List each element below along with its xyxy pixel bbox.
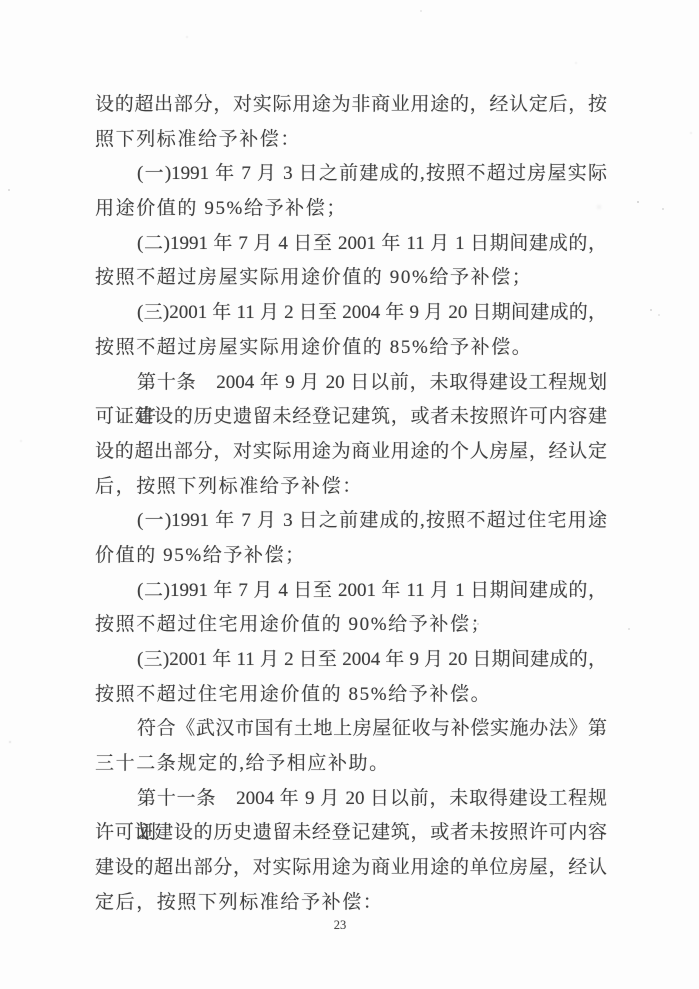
text-line: 建设的超出部分，对实际用途为商业用途的单位房屋，经认 [95, 851, 607, 886]
text-line: 按照不超过住宅用途价值的 85%给予补偿。 [95, 678, 607, 713]
text-line: (三)2001 年 11 月 2 日至 2004 年 9 月 20 日期间建成的… [95, 296, 607, 331]
text-line: 照下列标准给予补偿： [95, 123, 607, 158]
text-line: 第十条 2004 年 9 月 20 日以前，未取得建设工程规划许 [95, 366, 607, 401]
page-number: 23 [95, 918, 585, 933]
text-line: 用途价值的 95%给予补偿； [95, 192, 607, 227]
text-line: 符合《武汉市国有土地上房屋征收与补偿实施办法》第 [95, 712, 607, 747]
scan-artifacts [0, 0, 2, 2]
text-line: 后，按照下列标准给予补偿： [95, 470, 607, 505]
text-line: 可证建设的历史遗留未经登记建筑，或者未按照许可内容建 [95, 400, 607, 435]
text-line: (一)1991 年 7 月 3 日之前建成的,按照不超过住宅用途 [95, 504, 607, 539]
text-line: 第十一条 2004 年 9 月 20 日以前，未取得建设工程规划 [95, 782, 607, 817]
text-line: 设的超出部分，对实际用途为商业用途的个人房屋，经认定 [95, 435, 607, 470]
text-line: (二)1991 年 7 月 4 日至 2001 年 11 月 1 日期间建成的， [95, 227, 607, 262]
text-line: 设的超出部分，对实际用途为非商业用途的，经认定后，按 [95, 88, 607, 123]
text-line: 按照不超过住宅用途价值的 90%给予补偿； [95, 608, 607, 643]
text-line: 定后，按照下列标准给予补偿： [95, 886, 607, 921]
text-line: 按照不超过房屋实际用途价值的 90%给予补偿； [95, 261, 607, 296]
text-line: (三)2001 年 11 月 2 日至 2004 年 9 月 20 日期间建成的… [95, 643, 607, 678]
document-page: 设的超出部分，对实际用途为非商业用途的，经认定后，按照下列标准给予补偿：(一)1… [0, 0, 699, 989]
text-line: (一)1991 年 7 月 3 日之前建成的,按照不超过房屋实际 [95, 157, 607, 192]
text-line: 三十二条规定的,给予相应补助。 [95, 747, 607, 782]
text-line: 按照不超过房屋实际用途价值的 85%给予补偿。 [95, 331, 607, 366]
document-body: 设的超出部分，对实际用途为非商业用途的，经认定后，按照下列标准给予补偿：(一)1… [95, 88, 607, 921]
text-line: 许可证建设的历史遗留未经登记建筑，或者未按照许可内容 [95, 816, 607, 851]
text-line: 价值的 95%给予补偿； [95, 539, 607, 574]
text-line: (二)1991 年 7 月 4 日至 2001 年 11 月 1 日期间建成的， [95, 574, 607, 609]
